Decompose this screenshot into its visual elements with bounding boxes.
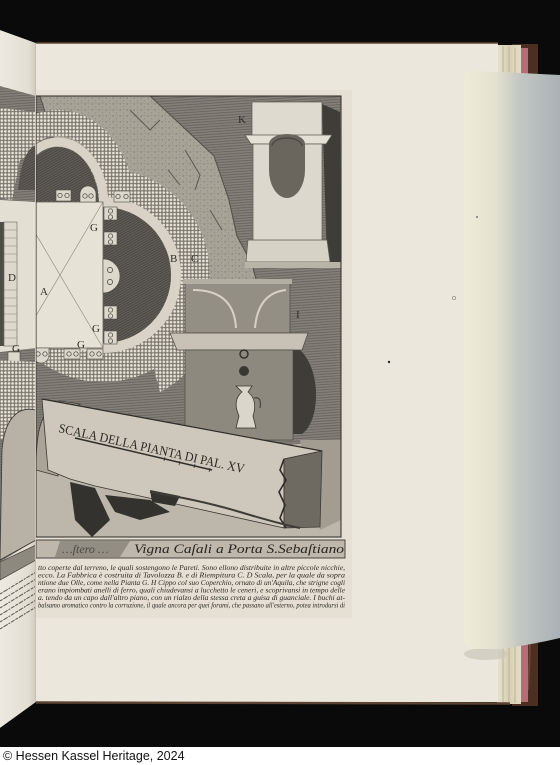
label-g-upper: G [90, 222, 98, 234]
svg-text:balsamo aromatico contro la co: balsamo aromatico contro la corruzione, … [38, 602, 345, 610]
engraving-plate: SCALA DELLA PIANTA DI PAL. XV K G B C A … [0, 96, 346, 610]
copyright-text: © Hessen Kassel Heritage, 2024 [3, 749, 185, 763]
book-photograph: SCALA DELLA PIANTA DI PAL. XV K G B C A … [0, 0, 560, 765]
label-a: A [40, 286, 48, 298]
stair-d [4, 222, 17, 346]
engraving-image: SCALA DELLA PIANTA DI PAL. XV K G B C A … [0, 96, 341, 537]
label-i: I [296, 309, 300, 321]
caption-title: Vigna Caſali a Porta S.Sebaſtiano [134, 541, 345, 556]
label-d: D [8, 272, 16, 284]
caption-title-obscured: …ſtero … [62, 542, 109, 556]
copyright-footer: © Hessen Kassel Heritage, 2024 [0, 747, 560, 765]
label-c: C [191, 253, 198, 265]
tissue-interleaf [464, 71, 560, 660]
label-k: K [238, 114, 246, 126]
pedestal-k [245, 102, 341, 268]
caption-text: tto coperte dal terreno, le quali sosten… [38, 564, 346, 610]
label-g-lower: G [77, 339, 85, 351]
label-b: B [170, 253, 177, 265]
label-g-mid: G [92, 323, 100, 335]
left-page-fold: D G [0, 30, 36, 728]
